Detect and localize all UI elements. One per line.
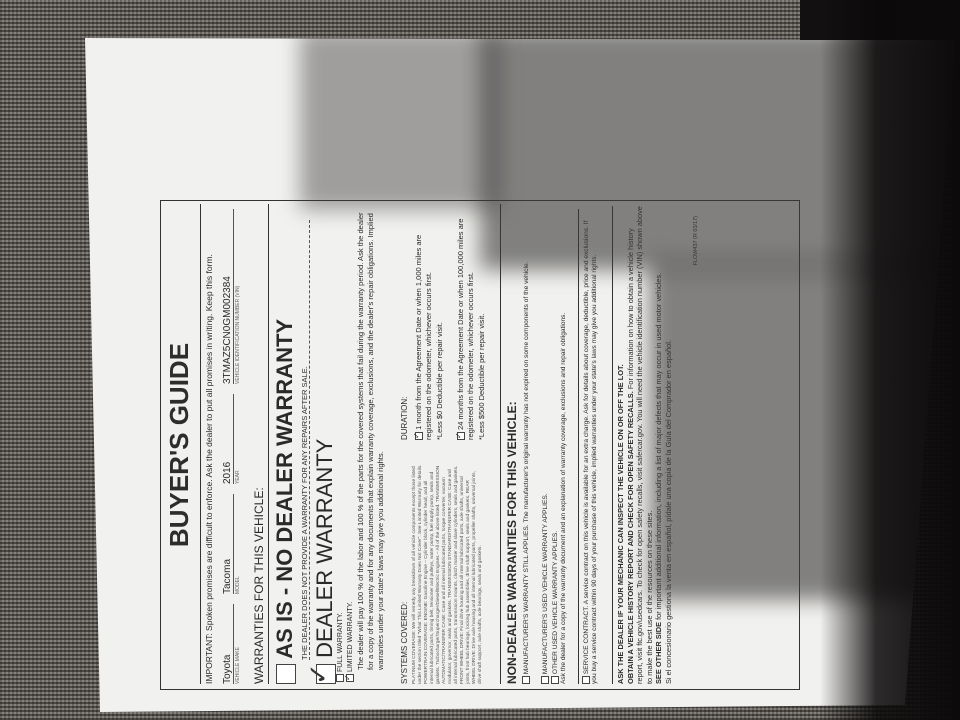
duration-heading: DURATION:	[400, 397, 409, 440]
vehicle-info-row: Toyota VEHICLE MAKE Tacoma MODEL 2016 YE…	[222, 204, 246, 684]
service-contract-checkbox[interactable]	[582, 676, 590, 684]
vehicle-year-label: YEAR	[235, 394, 241, 484]
non-dealer-checkbox[interactable]	[551, 676, 559, 684]
vehicle-make-label: VEHICLE MAKE	[235, 604, 241, 684]
buyers-guide-form: BUYER'S GUIDE IMPORTANT: Spoken promises…	[160, 210, 800, 690]
non-dealer-text: MANUFACTURER'S USED VEHICLE WARRANTY APP…	[542, 493, 549, 674]
background-dark-area	[800, 0, 960, 40]
vehicle-year-value: 2016	[222, 394, 234, 484]
limited-warranty-text: The dealer will pay 100 % of the labor a…	[356, 210, 386, 670]
see-other-side-text: for important additional information, in…	[654, 273, 663, 620]
warranties-heading: WARRANTIES FOR THIS VEHICLE:	[252, 204, 269, 684]
spanish-notice: Si el concesionario gestiona la venta en…	[664, 340, 673, 684]
ask-mechanic-text: ASK THE DEALER IF YOUR MECHANIC CAN INSP…	[616, 364, 625, 684]
as-is-option: AS IS - NO DEALER WARRANTY	[272, 319, 298, 684]
systems-covered-text: PLATINUM COVERAGE: We will remedy any br…	[412, 464, 484, 684]
as-is-checkbox[interactable]	[276, 664, 296, 684]
duration-deductible: *Less $0 Deductible per repair visit.	[435, 210, 445, 440]
as-is-subtitle: THE DEALER DOES NOT PROVIDE A WARRANTY F…	[300, 220, 310, 660]
non-dealer-checkbox[interactable]	[522, 676, 530, 684]
limited-warranty-option: LIMITED WARRANTY.	[346, 602, 354, 682]
vehicle-make-value: Toyota	[222, 604, 234, 684]
vehicle-vin-value: 3TMAZ5CN0GM002384	[222, 209, 234, 384]
duration-item: 24 months from the Agreement Date or whe…	[456, 210, 487, 440]
vehicle-vin-label: VEHICLE IDENTIFICATION NUMBER (VIN)	[235, 209, 241, 384]
full-warranty-option: FULL WARRANTY.	[336, 612, 344, 682]
vehicle-model-label: MODEL	[235, 494, 241, 594]
duration-text: 24 months from the Agreement Date or whe…	[456, 219, 475, 440]
duration-text: 1 month from the Agreement Date or when …	[414, 235, 433, 440]
systems-covered-heading: SYSTEMS COVERED:	[400, 602, 409, 684]
see-other-side-heading: SEE OTHER SIDE	[654, 622, 663, 684]
form-code: FLOW437 (R 03/17)	[693, 216, 699, 266]
important-notice: IMPORTANT: Spoken promises are difficult…	[200, 204, 214, 684]
limited-warranty-checkbox[interactable]	[346, 674, 354, 682]
buyers-guide-paper: BUYER'S GUIDE IMPORTANT: Spoken promises…	[0, 0, 960, 720]
non-dealer-checkbox[interactable]	[541, 676, 549, 684]
duration-item: 1 month from the Agreement Date or when …	[414, 210, 445, 440]
footer-section: ASK THE DEALER IF YOUR MECHANIC CAN INSP…	[612, 206, 673, 684]
dealer-warranty-option: ✓ DEALER WARRANTY	[312, 439, 338, 684]
limited-warranty-label: LIMITED WARRANTY.	[347, 602, 354, 672]
history-report-heading: OBTAIN A VEHICLE HISTORY REPORT AND CHEC…	[626, 391, 635, 684]
vehicle-year-field: 2016 YEAR	[222, 394, 241, 484]
as-is-title: AS IS - NO DEALER WARRANTY	[272, 319, 297, 659]
service-contract-text: SERVICE CONTRACT. A service contract on …	[583, 221, 599, 684]
vehicle-model-value: Tacoma	[222, 494, 234, 594]
dealer-warranty-checkbox[interactable]: ✓	[316, 664, 336, 684]
service-contract-option: SERVICE CONTRACT. A service contract on …	[578, 209, 600, 684]
non-dealer-item: MANUFACTURER'S USED VEHICLE WARRANTY APP…	[541, 209, 550, 684]
non-dealer-item: MANUFACTURER'S WARRANTY STILL APPLIES. T…	[522, 209, 531, 684]
vehicle-vin-field: 3TMAZ5CN0GM002384 VEHICLE IDENTIFICATION…	[222, 209, 241, 384]
duration-checkbox[interactable]	[415, 432, 423, 440]
form-title: BUYER'S GUIDE	[164, 200, 195, 690]
dealer-warranty-title: DEALER WARRANTY	[312, 439, 337, 658]
duration-checkbox[interactable]	[457, 432, 465, 440]
full-warranty-label: FULL WARRANTY.	[337, 612, 344, 672]
non-dealer-item: OTHER USED VEHICLE WARRANTY APPLIES.	[551, 209, 560, 684]
non-dealer-note: Ask the dealer for a copy of the warrant…	[560, 209, 569, 684]
checkmark-icon: ✓	[303, 663, 334, 685]
vehicle-make-field: Toyota VEHICLE MAKE	[222, 604, 241, 684]
non-dealer-text: OTHER USED VEHICLE WARRANTY APPLIES.	[552, 531, 559, 674]
cast-shadow	[300, 30, 500, 210]
vehicle-model-field: Tacoma MODEL	[222, 494, 241, 594]
non-dealer-heading: NON-DEALER WARRANTIES FOR THIS VEHICLE:	[500, 204, 519, 684]
non-dealer-text: MANUFACTURER'S WARRANTY STILL APPLIES. T…	[523, 262, 530, 675]
duration-deductible: *Less $500 Deductible per repair visit.	[477, 210, 487, 440]
